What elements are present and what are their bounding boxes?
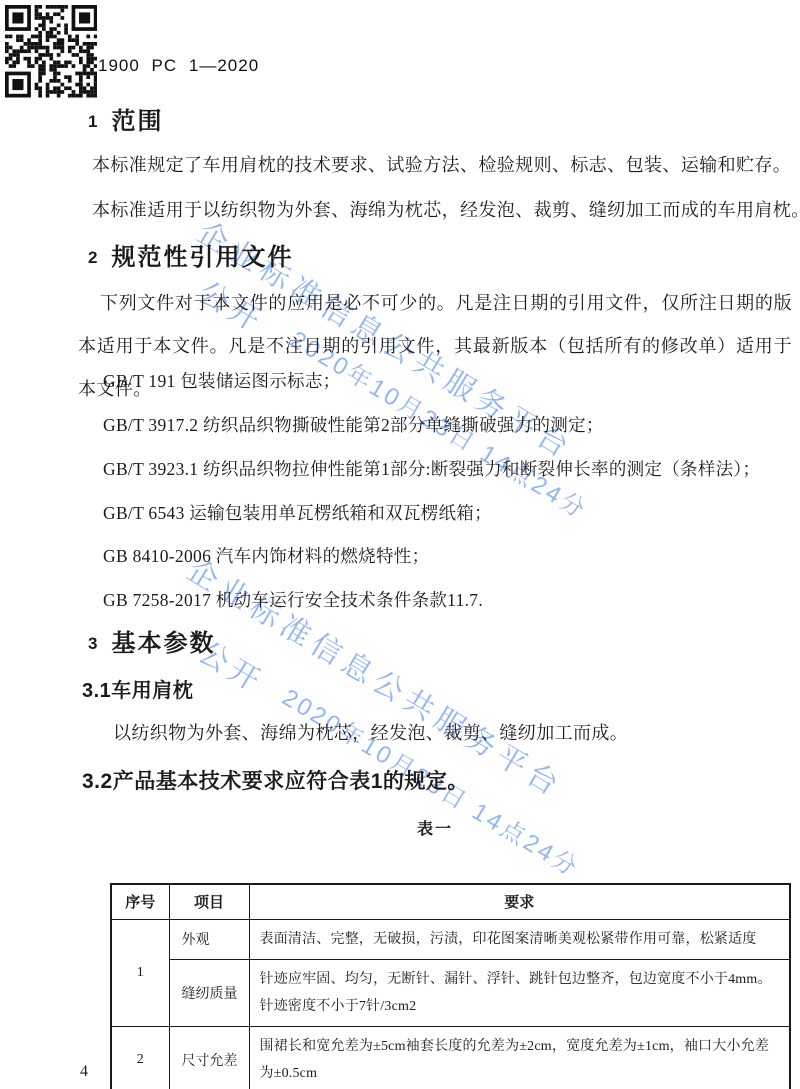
reference-item: GB 7258-2017 机动车运行安全技术条件条款11.7. (103, 587, 483, 612)
table-caption: 表一 (78, 816, 792, 839)
section-3-heading: 3基本参数 (88, 623, 215, 658)
item-cell: 外观 (169, 919, 249, 959)
requirement-cell: 围裙长和宽允差为±5cm袖套长度的允差为±2cm，宽度允差为±1cm，袖口大小允… (249, 1026, 790, 1089)
item-cell: 缝纫质量 (169, 959, 249, 1026)
reference-item: GB/T 191 包装储运图示标志； (103, 368, 340, 393)
document-page: 企业标准信息公共服务平台 公开 2020年10月23日 14点24分 企业标准信… (0, 0, 800, 1089)
col-header-item: 项目 (169, 884, 249, 919)
reference-item: GB 8410-2006 汽车内饰材料的燃烧特性； (103, 543, 429, 568)
section-number: 2 (88, 248, 97, 267)
reference-item: GB/T 6543 运输包装用单瓦楞纸箱和双瓦楞纸箱； (103, 500, 492, 525)
requirements-table: 序号 项目 要求 1 外观 表面清洁、完整，无破损，污渍，印花图案清晰美观松紧带… (110, 883, 791, 1089)
reference-item: GB/T 3923.1 纺织品织物拉伸性能第1部分:断裂强力和断裂伸长率的测定（… (103, 456, 760, 481)
requirement-cell: 表面清洁、完整，无破损，污渍，印花图案清晰美观松紧带作用可靠，松紧适度 (249, 919, 790, 959)
qr-code (5, 5, 97, 99)
requirement-cell: 针迹应牢固、均匀，无断针、漏针、浮针、跳针包边整齐，包边宽度不小于4mm。针迹密… (249, 959, 790, 1026)
table-row: 缝纫质量 针迹应牢固、均匀，无断针、漏针、浮针、跳针包边整齐，包边宽度不小于4m… (111, 959, 790, 1026)
section-title: 规范性引用文件 (111, 244, 293, 271)
section-2-heading: 2规范性引用文件 (88, 237, 293, 272)
row-seq: 2 (111, 1026, 169, 1089)
section-3-2-heading: 3.2产品基本技术要求应符合表1的规定。 (82, 765, 469, 795)
table-row: 1 外观 表面清洁、完整，无破损，污渍，印花图案清晰美观松紧带作用可靠，松紧适度 (111, 919, 790, 959)
scope-paragraph-2: 本标准适用于以纺织物为外套、海绵为枕芯，经发泡、裁剪、缝纫加工而成的车用肩枕。 (92, 198, 800, 222)
table-row: 2 尺寸允差 围裙长和宽允差为±5cm袖套长度的允差为±2cm，宽度允差为±1c… (111, 1026, 790, 1089)
page-number: 4 (80, 1063, 88, 1081)
section-3-1-paragraph: 以纺织物为外套、海绵为枕芯，经发泡、裁剪、缝纫加工而成。 (113, 721, 800, 745)
section-3-1-heading: 3.1车用肩枕 (82, 674, 193, 703)
col-header-requirement: 要求 (249, 884, 790, 919)
table-header-row: 序号 项目 要求 (111, 884, 790, 919)
section-1-heading: 1范围 (88, 101, 163, 136)
section-number: 1 (88, 112, 97, 131)
section-title: 范围 (111, 108, 163, 135)
item-cell: 尺寸允差 (169, 1026, 249, 1089)
row-seq: 1 (111, 919, 169, 1026)
doc-code-label: 1900 PC 1—2020 (98, 56, 259, 76)
col-header-seq: 序号 (111, 884, 169, 919)
section-number: 3 (88, 634, 97, 653)
scope-paragraph-1: 本标准规定了车用肩枕的技术要求、试验方法、检验规则、标志、包装、运输和贮存。 (92, 153, 800, 177)
section-title: 基本参数 (111, 630, 215, 657)
reference-item: GB/T 3917.2 纺织品织物撕破性能第2部分单缝撕破强力的测定； (103, 412, 604, 437)
